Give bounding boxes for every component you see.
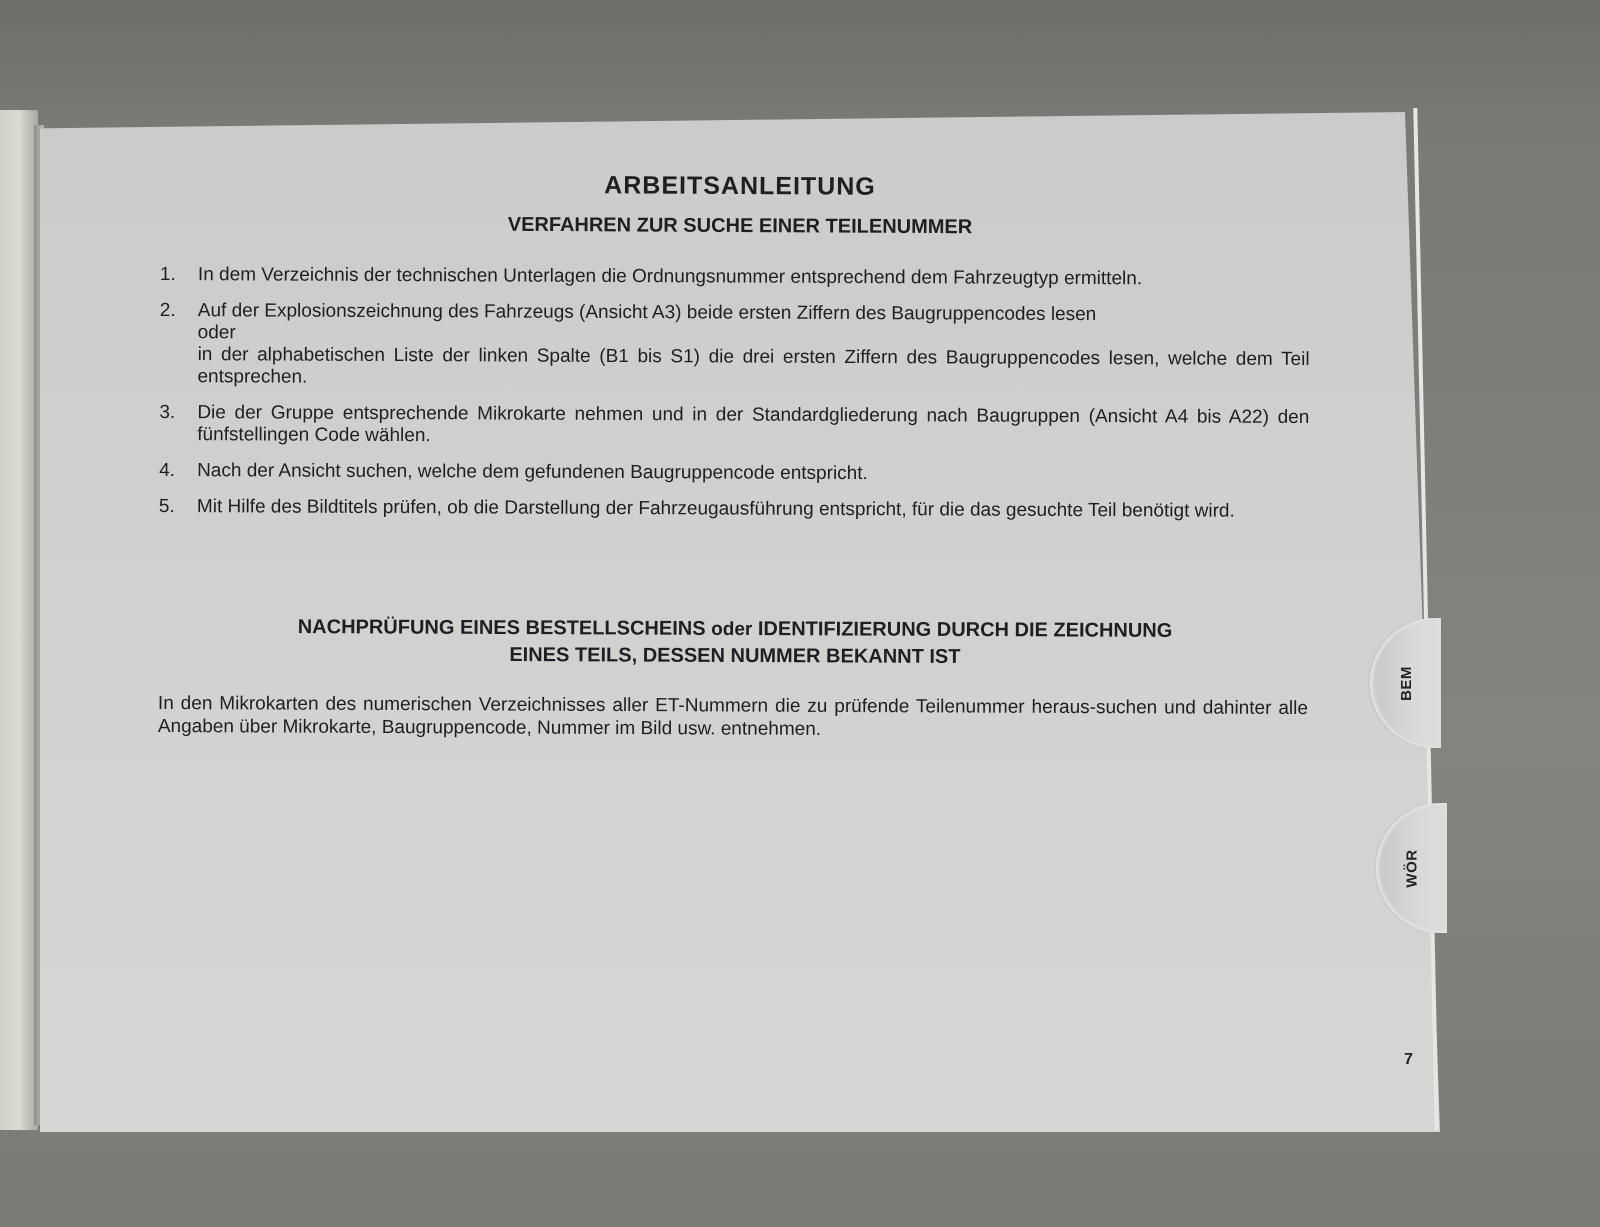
step-2: 2. Auf der Explosionszeichnung des Fahrz… <box>159 300 1309 393</box>
thumb-index-tab-wor[interactable]: WÖR <box>1376 803 1447 933</box>
section-heading-line2: EINES TEILS, DESSEN NUMMER BEKANNT IST <box>509 644 960 668</box>
tab-label: WÖR <box>1403 849 1420 887</box>
step-5: 5. Mit Hilfe des Bildtitels prüfen, ob d… <box>159 496 1309 523</box>
step-3: 3. Die der Gruppe entsprechende Mikrokar… <box>159 402 1309 451</box>
section-heading-part2: IDENTIFIZIERUNG DURCH DIE ZEICHNUNG <box>758 618 1173 642</box>
step-4: 4. Nach der Ansicht suchen, welche dem g… <box>159 460 1309 487</box>
section-heading-part1: NACHPRÜFUNG EINES BESTELLSCHEINS <box>298 616 706 640</box>
step-text: Mit Hilfe des Bildtitels prüfen, ob die … <box>197 496 1309 523</box>
tab-label: BEM <box>1398 666 1415 701</box>
page-title: ARBEITSANLEITUNG <box>440 170 1040 202</box>
step-text: Auf der Explosionszeichnung des Fahrzeug… <box>197 300 1309 393</box>
step-text: Nach der Ansicht suchen, welche dem gefu… <box>197 460 1309 487</box>
step-text: Die der Gruppe entsprechende Mikrokarte … <box>197 402 1309 451</box>
page-content: ARBEITSANLEITUNG VERFAHREN ZUR SUCHE EIN… <box>0 0 1600 1227</box>
step-line: Nach der Ansicht suchen, welche dem gefu… <box>197 460 1309 487</box>
step-number: 2. <box>159 300 197 388</box>
section-paragraph: In den Mikrokarten des numerischen Verze… <box>158 692 1308 743</box>
section-heading: NACHPRÜFUNG EINES BESTELLSCHEINS oder ID… <box>160 613 1310 671</box>
step-line: in der alphabetischen Liste der linken S… <box>197 344 1309 393</box>
step-line: Die der Gruppe entsprechende Mikrokarte … <box>197 402 1309 451</box>
step-1: 1. In dem Verzeichnis der technischen Un… <box>160 264 1310 291</box>
thumb-index-tab-bem[interactable]: BEM <box>1370 618 1441 748</box>
step-line: Mit Hilfe des Bildtitels prüfen, ob die … <box>197 496 1309 523</box>
instruction-steps: 1. In dem Verzeichnis der technischen Un… <box>159 264 1310 537</box>
step-number: 1. <box>160 264 198 286</box>
step-line: In dem Verzeichnis der technischen Unter… <box>198 264 1310 291</box>
page-number: 7 <box>1404 1051 1413 1069</box>
step-number: 3. <box>159 402 197 446</box>
step-text: In dem Verzeichnis der technischen Unter… <box>198 264 1310 291</box>
step-number: 4. <box>159 460 197 482</box>
step-number: 5. <box>159 496 197 518</box>
section-heading-or: oder <box>711 619 752 640</box>
page-subtitle: VERFAHREN ZUR SUCHE EINER TEILENUMMER <box>420 213 1060 239</box>
